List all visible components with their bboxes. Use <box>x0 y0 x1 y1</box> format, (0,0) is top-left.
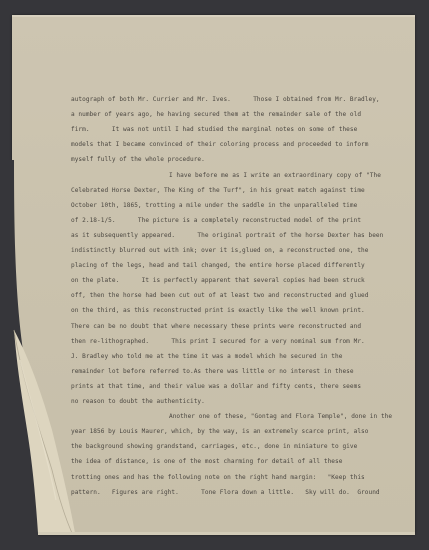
text-line: a number of years ago, he having secured… <box>71 111 361 119</box>
page-edge <box>12 15 415 17</box>
text-line: off, then the horse had been cut out of … <box>71 292 369 300</box>
text-line: as it subsequently appeared. The origina… <box>71 232 383 240</box>
text-line: year 1856 by Louis Maurer, which, by the… <box>71 428 369 436</box>
text-line: firm. It was not until I had studied the… <box>71 126 357 134</box>
text-line: trotting ones and has the following note… <box>71 474 365 482</box>
text-line: then re-lithographed. This print I secur… <box>71 338 365 346</box>
text-line: placing of the legs, head and tail chang… <box>71 262 365 270</box>
text-line: There can be no doubt that where necessa… <box>71 323 361 331</box>
text-line: October 10th, 1865, trotting a mile unde… <box>71 202 357 210</box>
text-line: on the plate. It is perfectly apparent t… <box>71 277 365 285</box>
text-line: no reason to doubt the authenticity. <box>71 398 205 406</box>
text-line: the background showing grandstand, carri… <box>71 443 357 451</box>
text-line: prints at that time, and their value was… <box>71 383 361 391</box>
document-page <box>12 15 415 535</box>
text-line: pattern. Figures are right. Tone Flora d… <box>71 489 380 497</box>
text-line: remainder lot before referred to.As ther… <box>71 368 354 376</box>
paragraph-first-line: I have before me as I write an extraordi… <box>169 172 381 180</box>
text-line: Celebrated Horse Dexter, The King of the… <box>71 187 365 195</box>
text-line: autograph of both Mr. Currier and Mr. Iv… <box>71 96 380 104</box>
text-line: indistinctly blurred out with ink; over … <box>71 247 369 255</box>
text-line: on the third, as this reconstructed prin… <box>71 307 365 315</box>
text-line: models that I became convinced of their … <box>71 141 369 149</box>
text-line: myself fully of the whole procedure. <box>71 156 205 164</box>
text-line: J. Bradley who told me at the time it wa… <box>71 353 342 361</box>
text-line: the idea of distance, is one of the most… <box>71 458 342 466</box>
text-line: of 2.18-1/5. The picture is a completely… <box>71 217 361 225</box>
paragraph-first-line: Another one of these, "Gontag and Flora … <box>169 413 392 421</box>
